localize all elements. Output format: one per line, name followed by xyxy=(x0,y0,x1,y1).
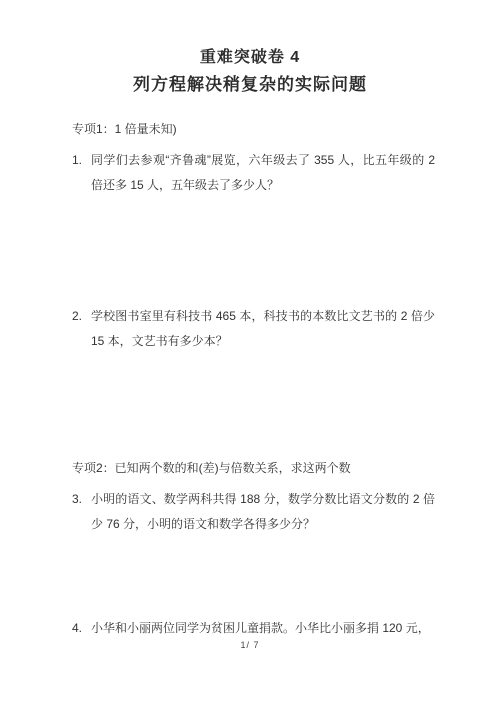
question-1-text: 同学们去参观“齐鲁魂”展览，六年级去了 355 人，比五年级的 2 倍还多 15… xyxy=(91,148,435,198)
page-title: 重难突破卷 4 xyxy=(0,44,500,67)
question-1: 1. 同学们去参观“齐鲁魂”展览，六年级去了 355 人，比五年级的 2 倍还多… xyxy=(72,148,435,198)
question-4-number: 4. xyxy=(72,616,91,641)
question-2: 2. 学校图书室里有科技书 465 本，科技书的本数比文艺书的 2 倍少 15 … xyxy=(72,304,435,354)
section-2-label: 专项2：已知两个数的和(差)与倍数关系，求这两个数 xyxy=(72,460,442,476)
page-number: 1/ 7 xyxy=(0,640,500,650)
question-3-text: 小明的语文、数学两科共得 188 分，数学分数比语文分数的 2 倍少 76 分，… xyxy=(91,487,435,537)
question-4: 4. 小华和小丽两位同学为贫困儿童捐款。小华比小丽多捐 120 元， xyxy=(72,616,435,641)
section-1-label: 专项1：1 倍量未知) xyxy=(72,121,442,137)
question-3: 3. 小明的语文、数学两科共得 188 分，数学分数比语文分数的 2 倍少 76… xyxy=(72,487,435,537)
question-1-number: 1. xyxy=(72,148,91,173)
question-3-number: 3. xyxy=(72,487,91,512)
question-2-number: 2. xyxy=(72,304,91,329)
page-subtitle: 列方程解决稍复杂的实际问题 xyxy=(0,70,500,95)
question-4-text: 小华和小丽两位同学为贫困儿童捐款。小华比小丽多捐 120 元， xyxy=(91,616,435,641)
question-2-text: 学校图书室里有科技书 465 本，科技书的本数比文艺书的 2 倍少 15 本，文… xyxy=(91,304,435,354)
worksheet-page: 重难突破卷 4 列方程解决稍复杂的实际问题 专项1：1 倍量未知) 1. 同学们… xyxy=(0,0,500,707)
